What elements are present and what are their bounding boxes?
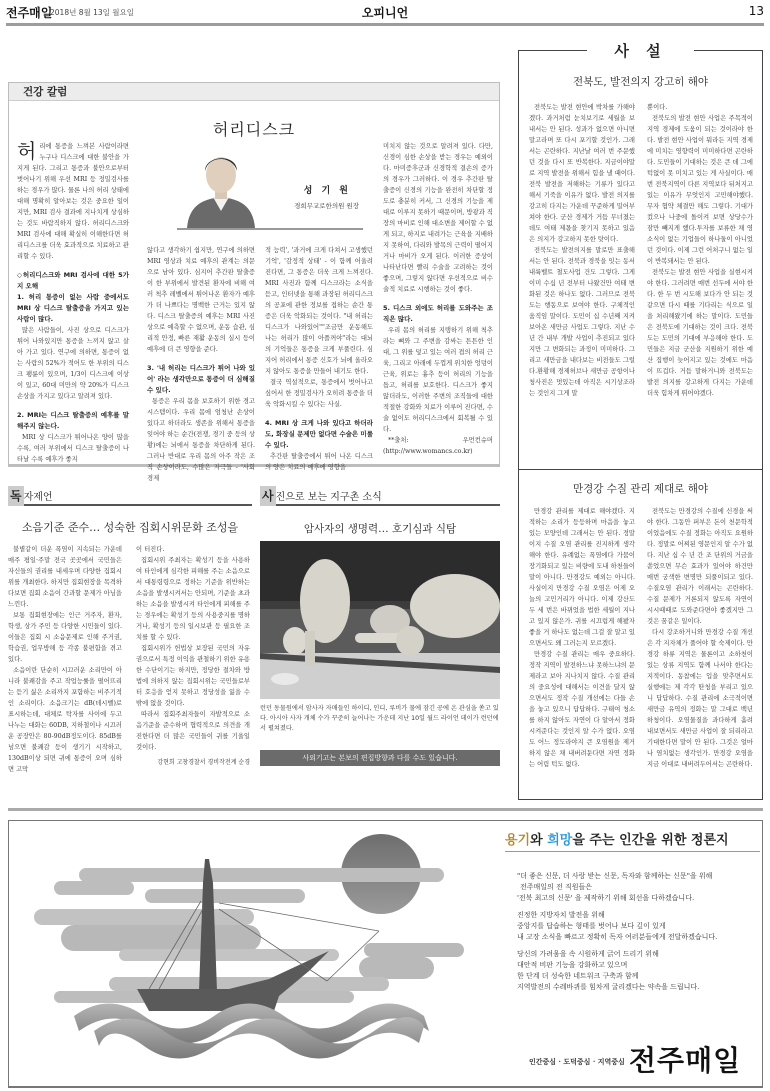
health-col-4: 미치지 않는 것으로 알려져 있다. 다만, 신경이 심한 손상을 받는 경우는… xyxy=(383,141,493,457)
house-advertisement: 용기와 희망을 주는 인간을 위한 정론지 "더 좋은 신문, 더 사랑 받는 … xyxy=(8,820,763,1088)
ad-tagline: 인간중심 · 도덕중심 · 지역중심 xyxy=(529,1057,625,1067)
page-number: 13 xyxy=(749,4,764,18)
author-role: 경희무교로한의원 원장 xyxy=(294,201,359,210)
masthead-rule xyxy=(6,23,764,26)
health-col-1: 허 리에 통증을 느껴본 사람이라면 누구나 디스크에 대한 불안을 가지게 된… xyxy=(17,141,129,465)
editorial-box: 사 설 전북도, 발전의지 강고히 해야 전북도는 발전 현안에 박차를 가해야… xyxy=(518,50,763,470)
photo-headline: 암사자의 생명력… 호기심과 식탐 xyxy=(260,521,500,536)
ad-paragraph-3: 당신의 가려움을 속 시원하게 긁어 드리기 위해 대안적 비판 기능을 강화하… xyxy=(517,949,767,993)
editorial2-col-2: 전북도는 만경강의 수질에 신경을 써야 한다. 그동안 퍼부은 돈이 천문학적… xyxy=(647,506,753,770)
reader-col-1: 불볕같이 더운 폭염이 지속되는 가운데 매주 평일·주말 전국 곳곳에서 국민… xyxy=(8,544,122,775)
editorial-col-2: 뿐이다. 전북도의 발전 현안 사업은 주목적이 지역 경제에 도움이 되는 것… xyxy=(647,102,753,399)
author-portrait-area: 성 기 원 경희무교로한의원 원장 xyxy=(177,145,363,230)
editorial-box-2: 만경강 수질 관리 제대로 해야 만경강 관리를 제대로 해야겠다. 지적하는 … xyxy=(518,470,763,800)
newspaper-logo: 전주매일 xyxy=(629,1039,741,1079)
ad-paragraph-2: 진정한 지방자치 발전을 위해 중앙지를 답습하는 형태를 벗어나 보다 깊이 … xyxy=(517,910,767,943)
editorial2-headline: 만경강 수질 관리 제대로 해야 xyxy=(519,481,762,496)
health-column-label: 건강 칼럼 xyxy=(9,83,499,101)
health-col-3: 적 능력', '과거에 크게 다쳐서 고생했던 기억', '감정적 상태' - … xyxy=(265,245,373,473)
author-name: 성 기 원 xyxy=(304,183,351,196)
editorial2-col-1: 만경강 관리를 제대로 해야겠다. 지적하는 소리가 등등하며 마음을 놓고 있… xyxy=(529,506,635,770)
author-photo xyxy=(181,145,261,228)
reader-headline: 소음기준 준수… 성숙한 집회시위문화 조성을 xyxy=(8,519,252,535)
dropcap: 허 xyxy=(17,141,36,161)
photo-news-column: 사진으로 보는 지구촌 소식 암사자의 생명력… 호기심과 식탐 런던 동물원에… xyxy=(260,486,500,808)
slogan-rule xyxy=(505,851,760,852)
masthead: 전주매일 2018년 8월 13일 월요일 오피니언 13 xyxy=(6,4,764,26)
section-title: 오피니언 xyxy=(6,4,764,21)
section-divider xyxy=(8,808,763,811)
editorial-label: 사 설 xyxy=(519,40,762,61)
health-col-2: 않다고 생각하기 쉽지만, 연구에 의하면 MRI 영상과 치료 예후의 관계는… xyxy=(147,245,255,484)
lionesses-photo xyxy=(260,541,500,699)
photo-caption: 런던 동물원에서 암사자 자매들인 하이디, 인디, 루비가 물에 잠긴 공에 … xyxy=(260,704,500,734)
ad-slogan: 용기와 희망을 주는 인간을 위한 정론지 xyxy=(505,829,729,848)
reader-section-label: 독자제언 xyxy=(8,486,252,506)
editorial-col-1: 전북도는 발전 현안에 박차를 가해야겠다. 과거처럼 눈치보기로 세월을 보내… xyxy=(529,102,635,399)
editorial-headline: 전북도, 발전의지 강고히 해야 xyxy=(519,74,762,89)
health-column: 건강 칼럼 허리디스크 허 리에 통증을 느껴본 사람이라면 누구나 디스크에 … xyxy=(8,82,500,467)
ship-illustration xyxy=(9,821,474,1087)
reader-col-2: 이 터진다. 집회시위 주최자는 확성기 등을 사용하여 타인에게 심각한 피해… xyxy=(136,544,250,768)
health-column-title: 허리디스크 xyxy=(9,117,499,140)
photo-section-label: 사진으로 보는 지구촌 소식 xyxy=(260,486,500,506)
ad-body: "더 좋은 신문, 더 사랑 받는 신문, 독자와 함께하는 신문"을 위해 전… xyxy=(517,871,767,999)
contributor-notice: 사외기고는 본보의 편집방향과 다를 수도 있습니다. xyxy=(260,750,500,766)
ad-paragraph-1: "더 좋은 신문, 더 사랑 받는 신문, 독자와 함께하는 신문"을 위해 전… xyxy=(517,871,767,904)
reader-byline: 강현희 고창경찰서 경비작전계 순경 xyxy=(136,757,250,768)
reader-column: 독자제언 소음기준 준수… 성숙한 집회시위문화 조성을 불볕같이 더운 폭염이… xyxy=(8,486,252,808)
